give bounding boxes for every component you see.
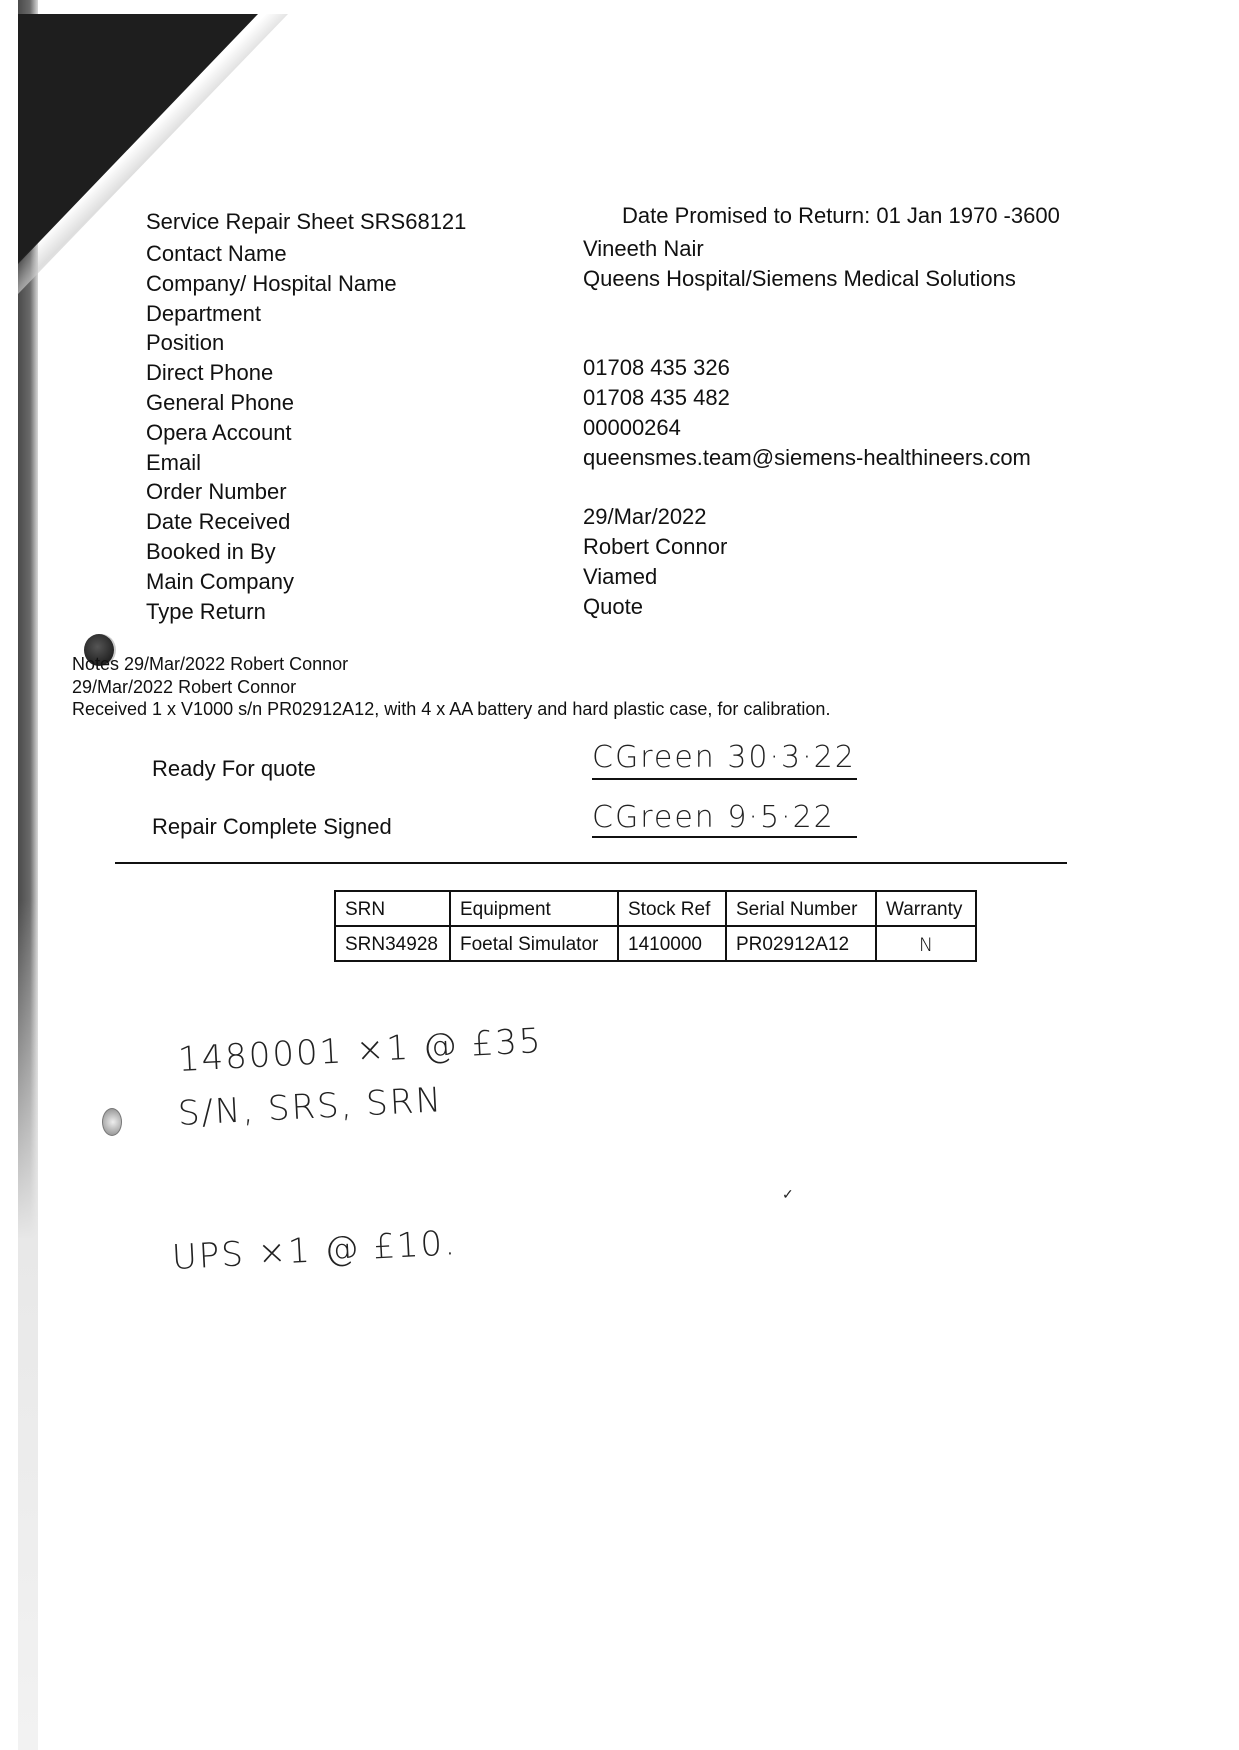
ready-for-quote-signature: CGreen 30·3·22 bbox=[592, 740, 856, 775]
signature-line bbox=[592, 836, 857, 838]
position-value bbox=[583, 325, 1031, 355]
cell-warranty: N bbox=[876, 926, 976, 961]
header-serial-number: Serial Number bbox=[726, 891, 876, 926]
header-srn: SRN bbox=[335, 891, 450, 926]
handwritten-note: UPS ×1 @ £10. bbox=[171, 1223, 458, 1278]
punch-hole-icon bbox=[102, 1108, 122, 1136]
table-header-row: SRN Equipment Stock Ref Serial Number Wa… bbox=[335, 891, 976, 926]
cell-serial-number: PR02912A12 bbox=[726, 926, 876, 961]
company-value: Queens Hospital/Siemens Medical Solution… bbox=[583, 266, 1031, 296]
field-label: Direct Phone bbox=[146, 360, 397, 390]
header-equipment: Equipment bbox=[450, 891, 618, 926]
field-label: Email bbox=[146, 450, 397, 480]
sheet-title: Service Repair Sheet SRS68121 bbox=[146, 211, 466, 233]
direct-phone-value: 01708 435 326 bbox=[583, 355, 1031, 385]
field-values: Vineeth Nair Queens Hospital/Siemens Med… bbox=[583, 236, 1031, 623]
date-received-value: 29/Mar/2022 bbox=[583, 504, 1031, 534]
scan-left-edge-fade bbox=[18, 900, 38, 1750]
signature-line bbox=[592, 778, 857, 780]
contact-name-value: Vineeth Nair bbox=[583, 236, 1031, 266]
notes-line: Notes 29/Mar/2022 Robert Connor bbox=[72, 655, 348, 673]
notes-line: 29/Mar/2022 Robert Connor bbox=[72, 678, 296, 696]
field-label: Contact Name bbox=[146, 241, 397, 271]
table-row: SRN34928 Foetal Simulator 1410000 PR0291… bbox=[335, 926, 976, 961]
field-label: Booked in By bbox=[146, 539, 397, 569]
type-return-value: Quote bbox=[583, 594, 1031, 624]
field-label: Department bbox=[146, 301, 397, 331]
email-value: queensmes.team@siemens-healthineers.com bbox=[583, 445, 1031, 475]
cell-stock-ref: 1410000 bbox=[618, 926, 726, 961]
field-label: Date Received bbox=[146, 509, 397, 539]
ready-for-quote-label: Ready For quote bbox=[152, 758, 316, 780]
header-stock-ref: Stock Ref bbox=[618, 891, 726, 926]
handwritten-note: 1480001 ×1 @ £35 bbox=[177, 1021, 543, 1080]
field-label: Main Company bbox=[146, 569, 397, 599]
order-number-value bbox=[583, 474, 1031, 504]
repair-complete-signature: CGreen 9·5·22 bbox=[592, 800, 835, 835]
opera-account-value: 00000264 bbox=[583, 415, 1031, 445]
equipment-table: SRN Equipment Stock Ref Serial Number Wa… bbox=[334, 890, 977, 962]
notes-line: Received 1 x V1000 s/n PR02912A12, with … bbox=[72, 700, 830, 718]
section-divider bbox=[115, 862, 1067, 864]
field-label: Company/ Hospital Name bbox=[146, 271, 397, 301]
field-label: Opera Account bbox=[146, 420, 397, 450]
general-phone-value: 01708 435 482 bbox=[583, 385, 1031, 415]
department-value bbox=[583, 296, 1031, 326]
booked-in-by-value: Robert Connor bbox=[583, 534, 1031, 564]
field-labels: Contact Name Company/ Hospital Name Depa… bbox=[146, 241, 397, 628]
field-label: General Phone bbox=[146, 390, 397, 420]
tick-mark-icon: ✓ bbox=[782, 1186, 794, 1203]
date-promised: Date Promised to Return: 01 Jan 1970 -36… bbox=[622, 205, 1060, 227]
cell-srn: SRN34928 bbox=[335, 926, 450, 961]
field-label: Position bbox=[146, 330, 397, 360]
field-label: Type Return bbox=[146, 599, 397, 629]
main-company-value: Viamed bbox=[583, 564, 1031, 594]
cell-equipment: Foetal Simulator bbox=[450, 926, 618, 961]
field-label: Order Number bbox=[146, 479, 397, 509]
header-warranty: Warranty bbox=[876, 891, 976, 926]
handwritten-note: S/N, SRS, SRN bbox=[177, 1080, 444, 1134]
repair-complete-label: Repair Complete Signed bbox=[152, 816, 392, 838]
